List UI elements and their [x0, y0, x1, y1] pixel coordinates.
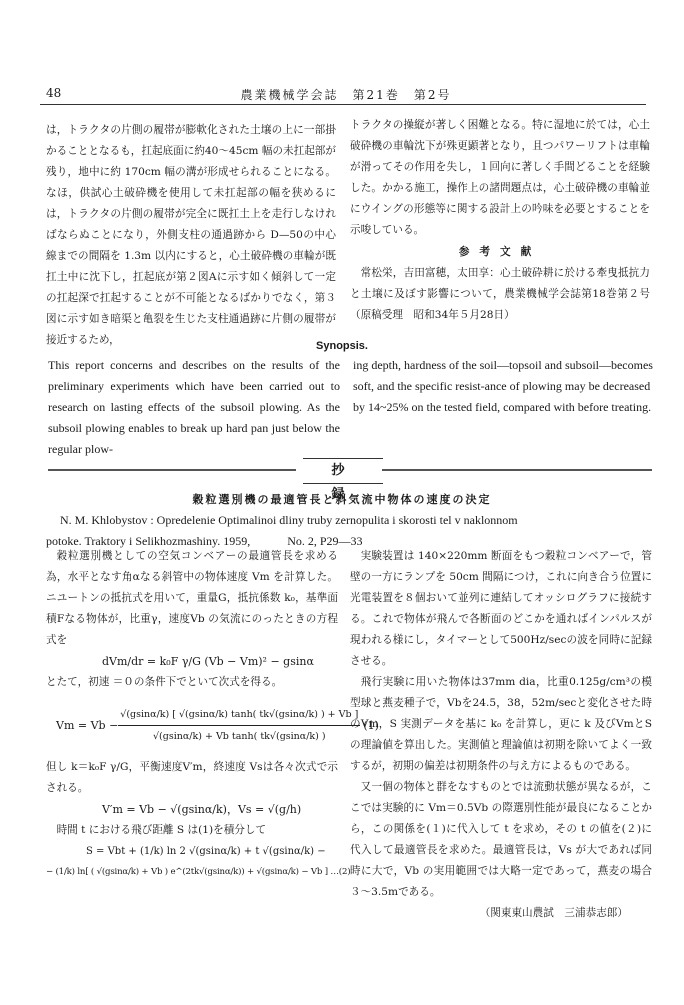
abstract-left-column: 穀粒選別機としての空気コンベアーの最適管長を求める為，水平となす角αなる斜管中の…: [46, 546, 338, 883]
abstract-left-para-3: 但し k＝k₀F γ/G，平衡速度V′m，終速度 Vsは各々次式で示される。: [46, 757, 338, 799]
equation-2-line-2: − (1/k) ln[ ( √(gsinα/k) + Vb ) e^(2tk√(…: [46, 862, 338, 883]
abstract-right-para-2: 飛行実験に用いた物体は37mm dia，比重0.125g/cm³の模型球と燕麦種…: [350, 672, 652, 777]
article-right-column: トラクタの操縦が著しく困難となる。特に湿地に於ては，心土破砕機の車輪沈下が殊更顕…: [350, 115, 650, 326]
abstract-section-header: 抄 録: [48, 458, 652, 488]
abstract-section-label: 抄 録: [303, 458, 383, 484]
equation-velocities: V′m = Vb − √(gsinα/k)，Vs = √(g/h): [46, 799, 338, 820]
section-rule-left: [48, 469, 296, 471]
abstract-signature: （関東東山農試 三浦恭志郎）: [350, 903, 652, 924]
journal-title: 農業機械学会誌 第21巻 第2号: [44, 86, 648, 103]
abstract-right-column: 実験装置は 140×220mm 断面をもつ穀粒コンベアーで，管壁の一方にランプを…: [350, 546, 652, 924]
reference-entry: 常松栄，吉田富穂，太田享：心土破砕耕に於ける牽曳抵抗力と土壌に及ぼす影響について…: [350, 263, 650, 326]
abstract-left-para-2: とたて，初速 ＝０の条件下でといて次式を得る。: [46, 672, 338, 693]
equation-differential: dVm/dr = k₀F γ/G (Vb − Vm)² − gsinα: [46, 651, 338, 672]
abstract-left-para-4: 時間 t における飛び距離 S は(1)を積分して: [46, 820, 338, 841]
synopsis-left: This report concerns and describes on th…: [48, 355, 340, 460]
abstract-right-para-1: 実験装置は 140×220mm 断面をもつ穀粒コンベアーで，管壁の一方にランプを…: [350, 546, 652, 672]
synopsis-right: ing depth, hardness of the soil—topsoil …: [353, 355, 653, 418]
eq1-denominator: √(gsinα/k) + Vb tanh( tk√(gsinα/k) ): [118, 726, 360, 747]
references-heading: 参考文献: [350, 242, 650, 263]
abstract-title: 穀粒選別機の最適管長と斜気流中物体の速度の決定: [0, 491, 684, 507]
abstract-left-para-1: 穀粒選別機としての空気コンベアーの最適管長を求める為，水平となす角αなる斜管中の…: [46, 546, 338, 651]
citation-line-1: N. M. Khlobystov : Opredelenie Optimalin…: [46, 510, 656, 531]
running-header: 48 農業機械学会誌 第21巻 第2号: [44, 84, 648, 104]
article-left-paragraph: は，トラクタの片側の履帯が膨軟化された土壌の上に一部掛かることとなるも，扛起底面…: [46, 120, 336, 351]
eq1-lhs: Vm = Vb −: [56, 715, 118, 736]
abstract-right-para-3: 又一個の物体と群をなすものとでは流動状態が異なるが，ここでは実験的に Vm＝0.…: [350, 777, 652, 903]
synopsis-heading: Synopsis.: [0, 340, 684, 352]
equation-2-line-1: S = Vbt + (1/k) ln 2 √(gsinα/k) + t √(gs…: [46, 841, 338, 862]
eq1-fraction: √(gsinα/k) [ √(gsinα/k) tanh( tk√(gsinα/…: [118, 704, 360, 747]
equation-1: Vm = Vb − √(gsinα/k) [ √(gsinα/k) tanh( …: [46, 693, 338, 757]
section-rule-right: [382, 469, 652, 471]
eq1-numerator: √(gsinα/k) [ √(gsinα/k) tanh( tk√(gsinα/…: [118, 704, 360, 726]
article-right-paragraph: トラクタの操縦が著しく困難となる。特に湿地に於ては，心土破砕機の車輪沈下が殊更顕…: [350, 115, 650, 241]
header-rule: [40, 104, 646, 105]
journal-page: 48 農業機械学会誌 第21巻 第2号 は，トラクタの片側の履帯が膨軟化された土…: [0, 0, 684, 1005]
article-left-column: は，トラクタの片側の履帯が膨軟化された土壌の上に一部掛かることとなるも，扛起底面…: [46, 120, 336, 351]
